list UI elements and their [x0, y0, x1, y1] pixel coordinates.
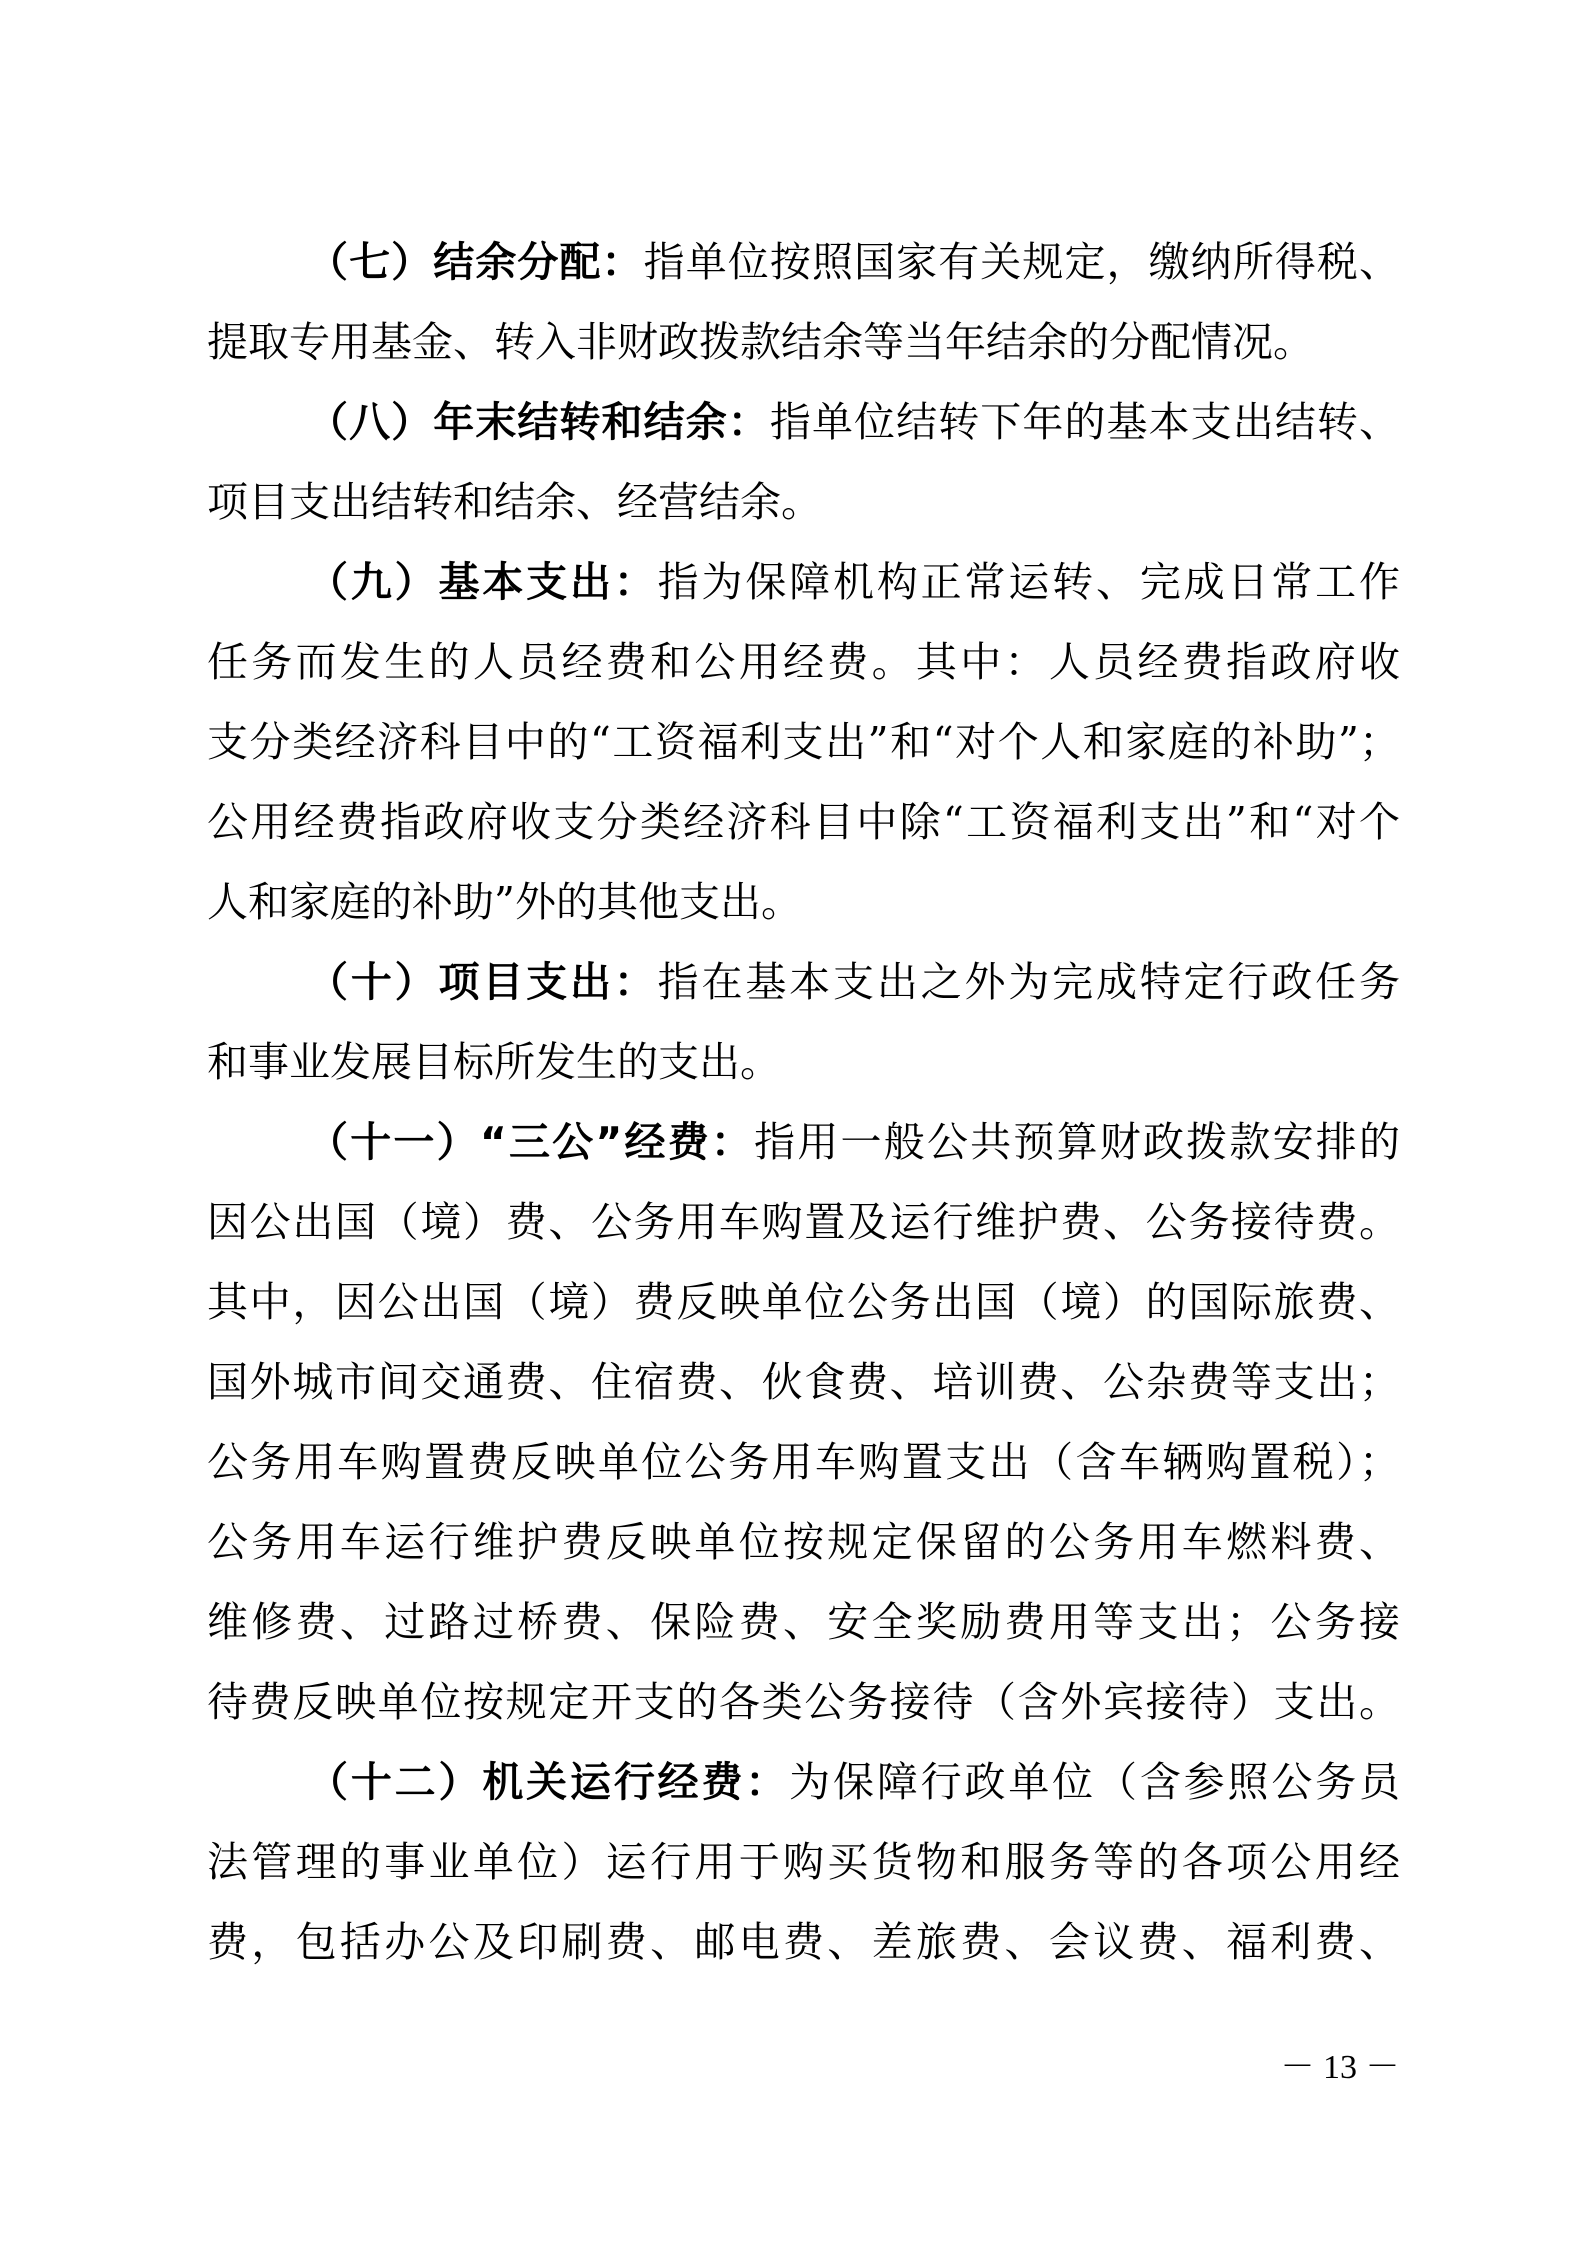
paragraph-10-text: 指在基本支出之外为完成特定行政任务: [658, 958, 1400, 1006]
paragraph-12-line-1: （十二）机关运行经费：为保障行政单位（含参照公务员: [307, 1754, 1400, 1810]
paragraph-8-line-2: 项目支出结转和结余、经营结余。: [207, 474, 1400, 530]
paragraph-7-heading: （七）结余分配：: [307, 238, 644, 286]
paragraph-8-heading: （八）年末结转和结余：: [307, 398, 770, 446]
paragraph-9-line-3: 支分类经济科目中的“工资福利支出”和“对个人和家庭的补助”；: [207, 714, 1400, 770]
paragraph-9-line-4: 公用经费指政府收支分类经济科目中除“工资福利支出”和“对个: [207, 794, 1400, 850]
paragraph-10-heading: （十）项目支出：: [307, 958, 658, 1006]
paragraph-7-text: 指单位按照国家有关规定，缴纳所得税、: [644, 238, 1400, 286]
paragraph-9-heading: （九）基本支出：: [307, 558, 658, 606]
paragraph-9-line-5: 人和家庭的补助”外的其他支出。: [207, 874, 1400, 930]
paragraph-11-heading: （十一）“三公”经费：: [307, 1118, 754, 1166]
paragraph-9-line-1: （九）基本支出：指为保障机构正常运转、完成日常工作: [307, 554, 1400, 610]
document-page: （七）结余分配：指单位按照国家有关规定，缴纳所得税、 提取专用基金、转入非财政拨…: [0, 0, 1587, 2245]
paragraph-12-line-3: 费，包括办公及印刷费、邮电费、差旅费、会议费、福利费、: [207, 1914, 1400, 1970]
paragraph-11-line-1: （十一）“三公”经费：指用一般公共预算财政拨款安排的: [307, 1114, 1400, 1170]
paragraph-11-text: 指用一般公共预算财政拨款安排的: [754, 1118, 1400, 1166]
paragraph-11-line-6: 公务用车运行维护费反映单位按规定保留的公务用车燃料费、: [207, 1514, 1400, 1570]
paragraph-11-line-5: 公务用车购置费反映单位公务用车购置支出（含车辆购置税）；: [207, 1434, 1400, 1490]
page-number: － 13 －: [1270, 2048, 1410, 2088]
paragraph-11-line-2: 因公出国（境）费、公务用车购置及运行维护费、公务接待费。: [207, 1194, 1400, 1250]
paragraph-10-line-1: （十）项目支出：指在基本支出之外为完成特定行政任务: [307, 954, 1400, 1010]
paragraph-7-line-1: （七）结余分配：指单位按照国家有关规定，缴纳所得税、: [307, 234, 1400, 290]
paragraph-10-line-2: 和事业发展目标所发生的支出。: [207, 1034, 1400, 1090]
paragraph-12-text: 为保障行政单位（含参照公务员: [789, 1758, 1400, 1806]
paragraph-8-line-1: （八）年末结转和结余：指单位结转下年的基本支出结转、: [307, 394, 1400, 450]
paragraph-11-line-8: 待费反映单位按规定开支的各类公务接待（含外宾接待）支出。: [207, 1674, 1400, 1730]
paragraph-12-line-2: 法管理的事业单位）运行用于购买货物和服务等的各项公用经: [207, 1834, 1400, 1890]
paragraph-11-line-3: 其中，因公出国（境）费反映单位公务出国（境）的国际旅费、: [207, 1274, 1400, 1330]
paragraph-9-line-2: 任务而发生的人员经费和公用经费。其中：人员经费指政府收: [207, 634, 1400, 690]
paragraph-7-line-2: 提取专用基金、转入非财政拨款结余等当年结余的分配情况。: [207, 314, 1400, 370]
paragraph-11-line-7: 维修费、过路过桥费、保险费、安全奖励费用等支出；公务接: [207, 1594, 1400, 1650]
paragraph-12-heading: （十二）机关运行经费：: [307, 1758, 789, 1806]
paragraph-8-text: 指单位结转下年的基本支出结转、: [770, 398, 1400, 446]
paragraph-11-line-4: 国外城市间交通费、住宿费、伙食费、培训费、公杂费等支出；: [207, 1354, 1400, 1410]
paragraph-9-text: 指为保障机构正常运转、完成日常工作: [658, 558, 1400, 606]
